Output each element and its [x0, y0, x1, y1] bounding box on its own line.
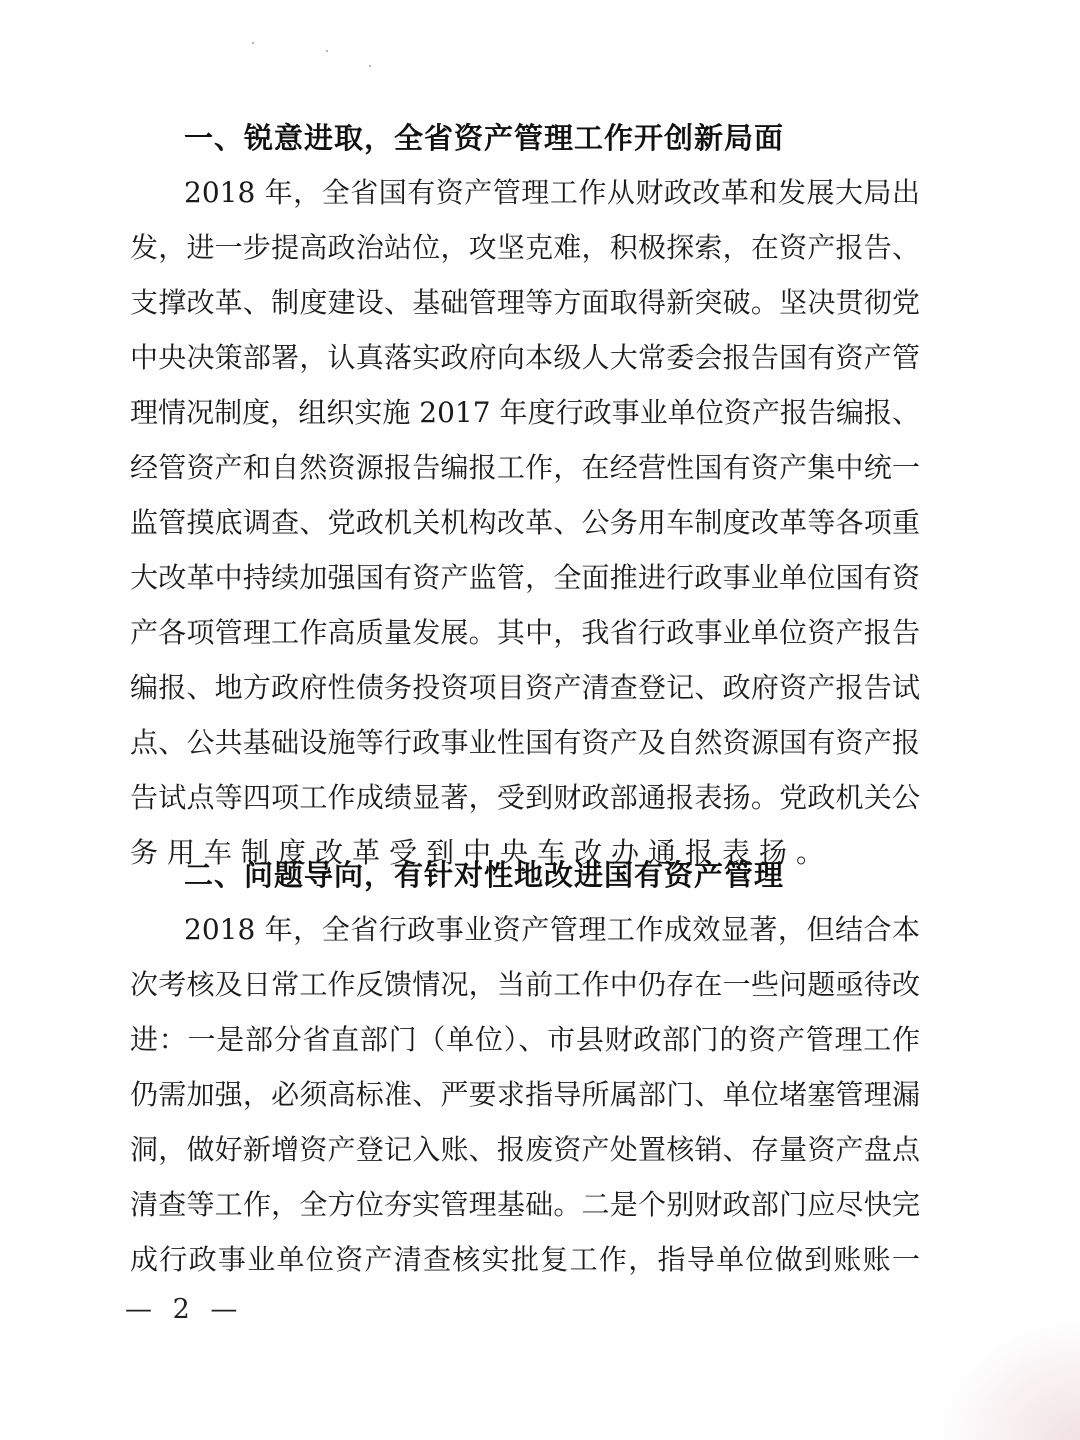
paragraph-line: 理情况制度，组织实施 2017 年度行政事业单位资产报告编报、: [130, 393, 920, 433]
paragraph-line: 编报、地方政府性债务投资项目资产清查登记、政府资产报告试: [130, 668, 920, 708]
scan-speck: [326, 50, 328, 52]
scan-discoloration: [940, 1320, 1080, 1440]
paragraph-line: 大改革中持续加强国有资产监管，全面推进行政事业单位国有资: [130, 558, 920, 598]
paragraph-line: 2018 年，全省行政事业资产管理工作成效显著，但结合本: [184, 910, 920, 950]
scan-speck: [252, 42, 254, 44]
paragraph-line: 进：一是部分省直部门（单位）、市县财政部门的资产管理工作: [130, 1020, 920, 1060]
section-heading-1: 一、锐意进取，全省资产管理工作开创新局面: [184, 116, 784, 160]
paragraph-line: 经管资产和自然资源报告编报工作，在经营性国有资产集中统一: [130, 448, 920, 488]
section-heading-2: 二、问题导向，有针对性地改进国有资产管理: [184, 853, 784, 897]
paragraph-line: 洞，做好新增资产登记入账、报废资产处置核销、存量资产盘点: [130, 1130, 920, 1170]
paragraph-line: 支撑改革、制度建设、基础管理等方面取得新突破。坚决贯彻党: [130, 283, 920, 323]
paragraph-line: 点、公共基础设施等行政事业性国有资产及自然资源国有资产报: [130, 723, 920, 763]
paragraph-line: 仍需加强，必须高标准、严要求指导所属部门、单位堵塞管理漏: [130, 1075, 920, 1115]
paragraph-line: 产各项管理工作高质量发展。其中，我省行政事业单位资产报告: [130, 613, 920, 653]
paragraph-line: 2018 年，全省国有资产管理工作从财政改革和发展大局出: [184, 173, 920, 213]
paragraph-line: 发，进一步提高政治站位，攻坚克难，积极探索，在资产报告、: [130, 228, 920, 268]
paragraph-line: 成行政事业单位资产清查核实批复工作，指导单位做到账账一: [130, 1240, 920, 1280]
paragraph-line: 次考核及日常工作反馈情况，当前工作中仍存在一些问题亟待改: [130, 965, 920, 1005]
paragraph-line: 中央决策部署，认真落实政府向本级人大常委会报告国有资产管: [130, 338, 920, 378]
paragraph-line: 告试点等四项工作成绩显著，受到财政部通报表扬。党政机关公: [130, 778, 920, 818]
scan-speck: [369, 65, 371, 67]
paragraph-line: 监管摸底调查、党政机关机构改革、公务用车制度改革等各项重: [130, 503, 920, 543]
paragraph-line: 清查等工作，全方位夯实管理基础。二是个别财政部门应尽快完: [130, 1185, 920, 1225]
document-page: 一、锐意进取，全省资产管理工作开创新局面 2018 年，全省国有资产管理工作从财…: [0, 0, 1080, 1440]
page-number: — 2 —: [125, 1292, 243, 1328]
